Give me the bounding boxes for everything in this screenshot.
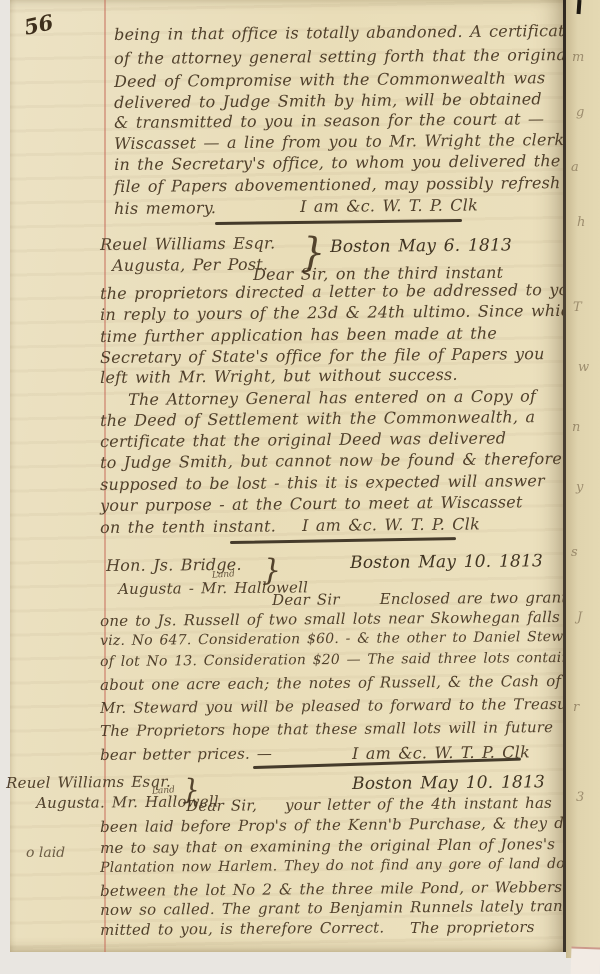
manuscript-line: being in that office is totally abandone… bbox=[114, 21, 574, 44]
manuscript-line: The proprietors bbox=[410, 918, 535, 937]
page-gutter bbox=[563, 0, 566, 952]
next-page-edge bbox=[566, 0, 600, 958]
manuscript-line: certificate that the original Deed was d… bbox=[100, 428, 506, 451]
page-fragment: w bbox=[578, 360, 589, 375]
manuscript-line: supposed to be lost - this it is expecte… bbox=[100, 471, 545, 494]
page-fragment: T bbox=[573, 300, 582, 315]
page-fragment: h bbox=[577, 215, 585, 230]
manuscript-line: on the tenth instant. bbox=[100, 516, 276, 537]
closing-signature: I am &c. W. T. P. Clk bbox=[302, 514, 480, 535]
manuscript-line: of the attorney general setting forth th… bbox=[114, 45, 572, 68]
page-fragment: a bbox=[571, 160, 579, 175]
margin-note: o laid bbox=[26, 845, 65, 861]
manuscript-line: Wiscasset — a line from you to Mr. Wrigh… bbox=[114, 130, 564, 153]
salutation-line: Dear SirEnclosed are two grants - the bbox=[272, 588, 600, 609]
manuscript-line: file of Papers abovementioned, may possi… bbox=[114, 173, 561, 196]
manuscript-line: left with Mr. Wright, but without succes… bbox=[100, 365, 458, 387]
page-fragment: s bbox=[571, 545, 578, 560]
manuscript-line: The Attorney General has entered on a Co… bbox=[128, 386, 536, 409]
page-fragment: m bbox=[572, 50, 584, 65]
salutation-line: Dear Sir,your letter of the 4th instant … bbox=[186, 794, 552, 815]
recipient-name: Reuel Williams Esqr. bbox=[6, 773, 171, 792]
manuscript-line: in the Secretary's office, to whom you d… bbox=[114, 151, 561, 174]
page-fragment: g bbox=[576, 105, 584, 120]
under-page-corner bbox=[571, 947, 600, 974]
page-fragment: n bbox=[572, 420, 580, 435]
manuscript-line: delivered to Judge Smith by him, will be… bbox=[114, 89, 542, 112]
manuscript-line: mitted to you, is therefore Correct. bbox=[100, 919, 384, 939]
manuscript-line: the Deed of Settlement with the Commonwe… bbox=[100, 407, 535, 430]
dateline: Boston May 6. 1813 bbox=[330, 235, 512, 257]
manuscript-line: to Judge Smith, but cannot now be found … bbox=[100, 449, 562, 472]
manuscript-line: Deed of Compromise with the Commonwealth… bbox=[114, 68, 545, 91]
manuscript-line: your purpose - at the Court to meet at W… bbox=[100, 492, 523, 515]
page-fragment: 3 bbox=[576, 790, 584, 805]
interlined-note: Land bbox=[212, 569, 236, 581]
manuscript-line: time further application has been made a… bbox=[100, 324, 497, 346]
recipient-address: Augusta, Per Post. bbox=[112, 255, 268, 275]
salutation: Dear Sir bbox=[272, 590, 340, 609]
dateline: Boston May 10. 1813 bbox=[350, 551, 543, 573]
salutation: Dear Sir, bbox=[186, 796, 257, 815]
closing-signature: I am &c. W. T. P. Clk bbox=[300, 195, 478, 216]
page-fragment: r bbox=[573, 700, 579, 715]
page-fragment: J bbox=[577, 610, 582, 625]
manuscript-line: bear better prices. — bbox=[100, 744, 272, 764]
recipient-name: Reuel Williams Esqr. bbox=[100, 233, 275, 254]
manuscript-line: his memory. bbox=[114, 198, 216, 218]
dateline: Boston May 10. 1813 bbox=[352, 772, 545, 794]
page-fragment: y bbox=[576, 480, 583, 495]
manuscript-line: your letter of the 4th instant has bbox=[285, 794, 552, 814]
recipient-brace: } bbox=[262, 556, 281, 586]
interlined-note: Land bbox=[152, 785, 176, 797]
manuscript-line: & transmitted to you in season for the c… bbox=[114, 109, 544, 132]
manuscript-line: Secretary of State's office for the file… bbox=[100, 344, 545, 367]
